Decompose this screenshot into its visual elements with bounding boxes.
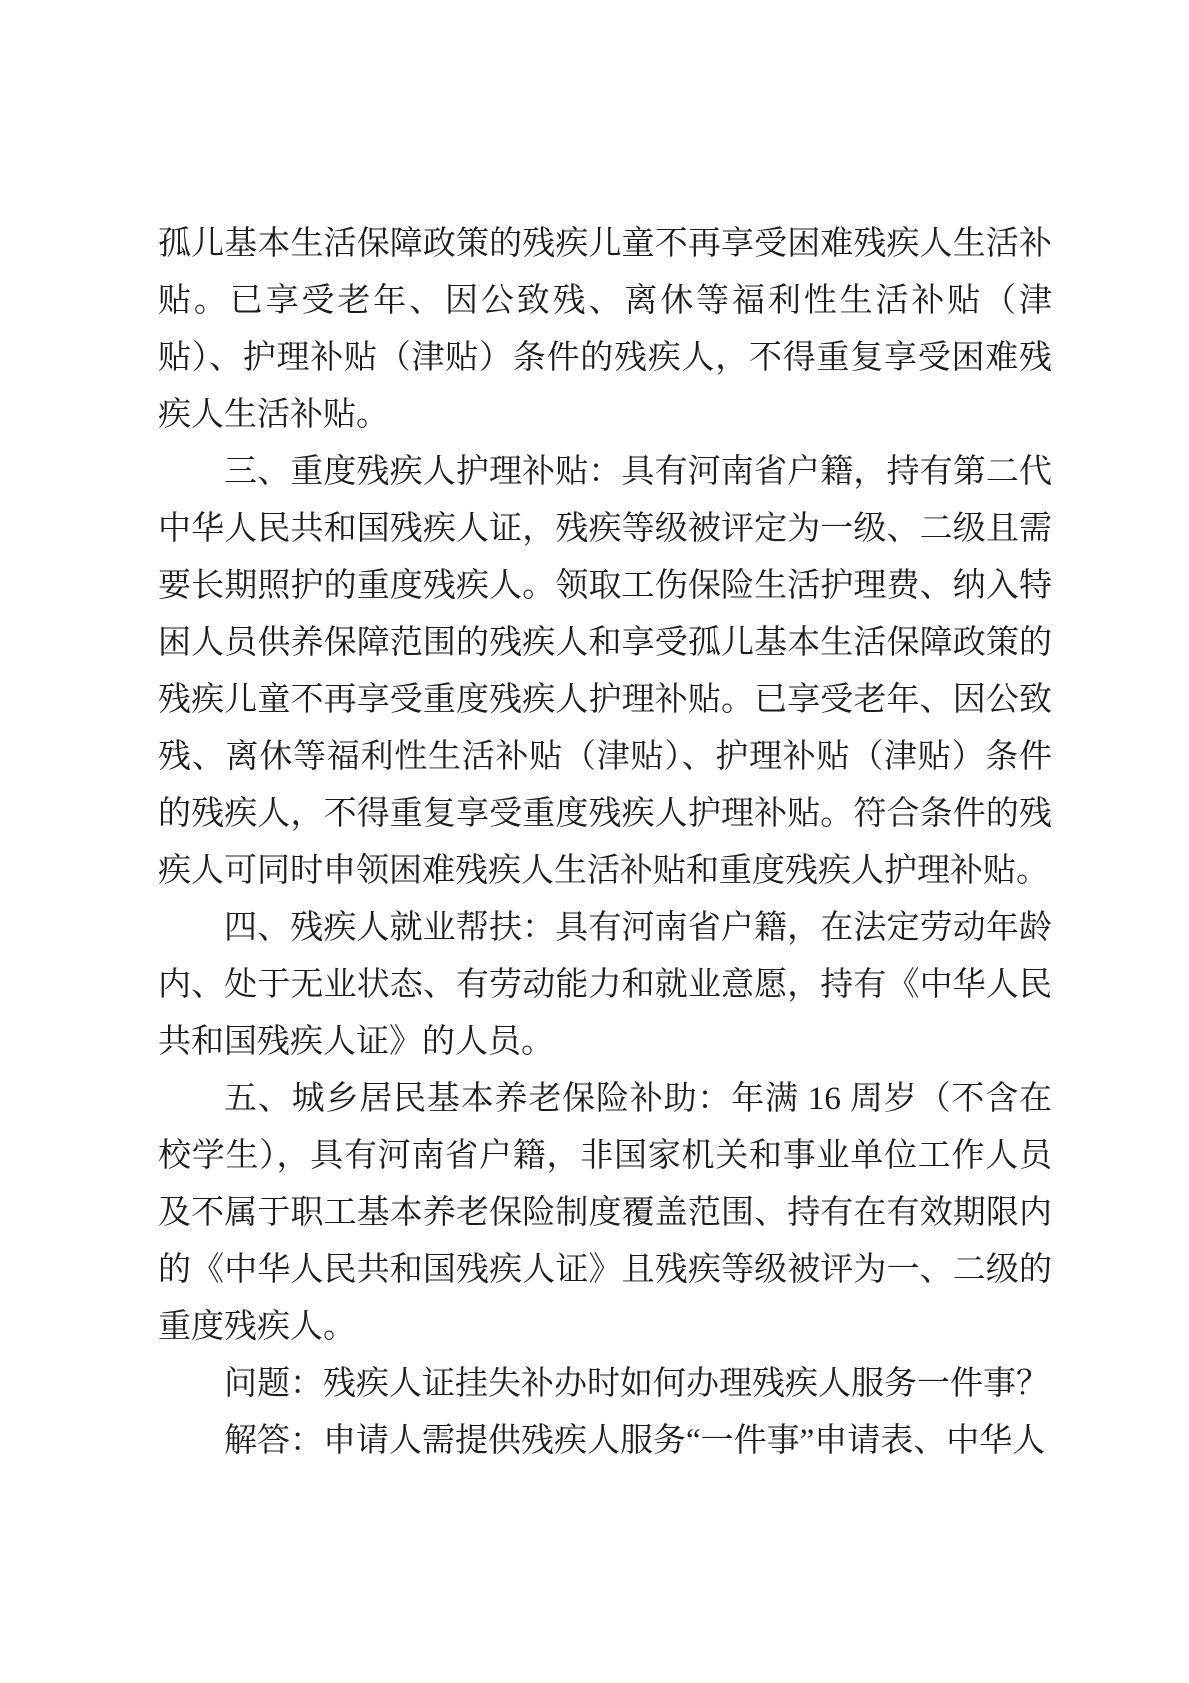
body-paragraph: 三、重度残疾人护理补贴：具有河南省户籍，持有第二代中华人民共和国残疾人证，残疾等… — [158, 444, 1052, 900]
body-paragraph: 五、城乡居民基本养老保险补助：年满 16 周岁（不含在校学生），具有河南省户籍，… — [158, 1071, 1052, 1356]
document-page: 孤儿基本生活保障政策的残疾儿童不再享受困难残疾人生活补贴。已享受老年、因公致残、… — [0, 0, 1189, 1683]
document-body: 孤儿基本生活保障政策的残疾儿童不再享受困难残疾人生活补贴。已享受老年、因公致残、… — [158, 216, 1052, 1470]
body-paragraph: 问题：残疾人证挂失补办时如何办理残疾人服务一件事？ — [158, 1356, 1052, 1413]
body-paragraph: 四、残疾人就业帮扶：具有河南省户籍，在法定劳动年龄内、处于无业状态、有劳动能力和… — [158, 900, 1052, 1071]
body-paragraph: 解答：申请人需提供残疾人服务“一件事”申请表、中华人 — [158, 1413, 1052, 1470]
body-paragraph: 孤儿基本生活保障政策的残疾儿童不再享受困难残疾人生活补贴。已享受老年、因公致残、… — [158, 216, 1052, 444]
